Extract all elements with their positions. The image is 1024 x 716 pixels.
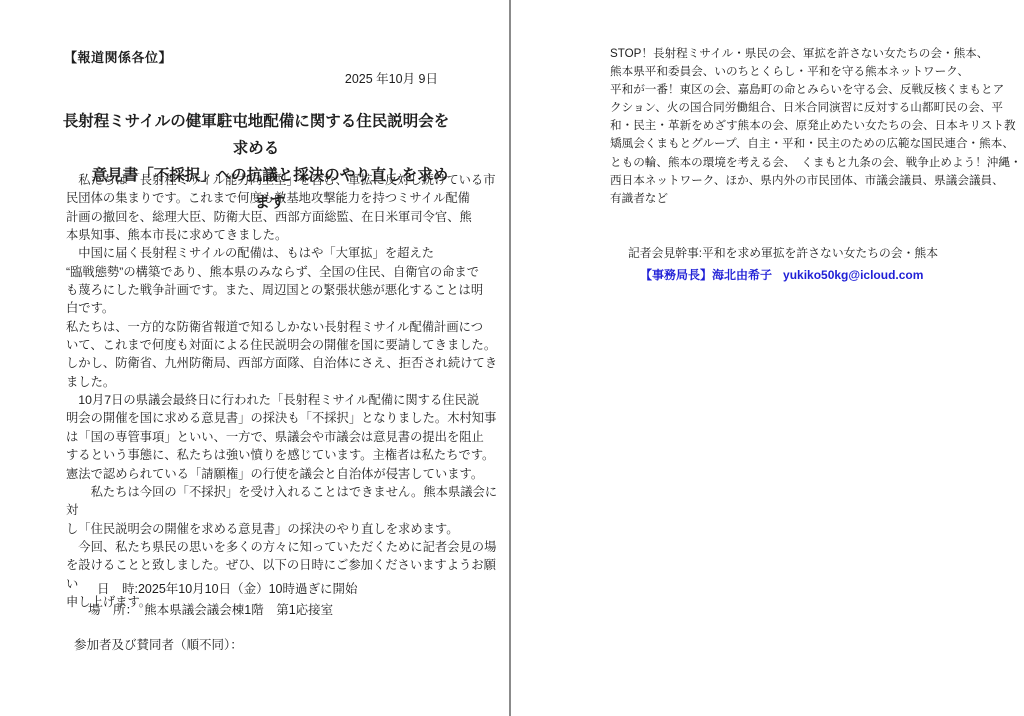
meeting-place: 場 所： 熊本県議会議会棟1階 第1応接室 [88, 600, 333, 618]
secretary-name: 【事務局長】海北由希子 [640, 268, 772, 282]
meeting-datetime: 日 時:2025年10月10日（金）10時過ぎに開始 [97, 579, 358, 597]
page-2: STOP！長射程ミサイル・県民の会、軍拡を許さない女たちの会・熊本、 熊本県平和… [511, 0, 1024, 716]
page-1: 【報道関係各位】 2025 年10月 9日 長射程ミサイルの健軍駐屯地配備に関す… [0, 0, 509, 716]
supporters-list: STOP！長射程ミサイル・県民の会、軍拡を許さない女たちの会・熊本、 熊本県平和… [610, 45, 1022, 208]
body-text: 私たちは「長射程ミサイル能力向上型」を含む、軍拡に反対し続けている市 民団体の集… [66, 171, 502, 611]
title-line-1: 長射程ミサイルの健軍駐屯地配備に関する住民説明会を求める [60, 108, 452, 162]
participants-heading: 参加者及び賛同者（順不同）： [74, 635, 243, 653]
document-date: 2025 年10月 9日 [64, 69, 438, 87]
press-conference-manager: 記者会見幹事:平和を求め軍拡を許さない女たちの会・熊本 [628, 244, 938, 261]
contact-email[interactable]: yukiko50kg@icloud.com [783, 268, 923, 282]
recipient-label: 【報道関係各位】 [64, 47, 172, 66]
secretary-line: 【事務局長】海北由希子yukiko50kg@icloud.com [640, 266, 923, 283]
